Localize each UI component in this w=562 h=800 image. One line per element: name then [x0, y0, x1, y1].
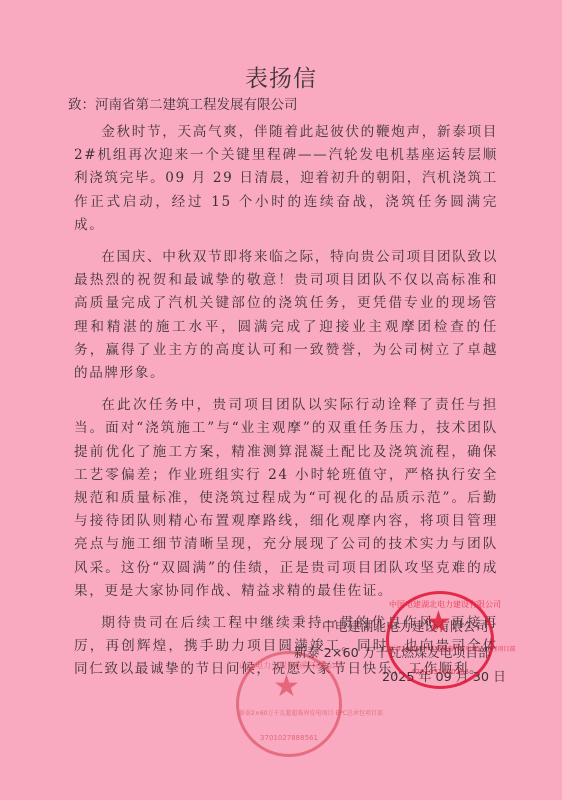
- paragraph-2: 在国庆、中秋双节即将来临之际，特向贵公司项目团队致以最热烈的祝贺和最诚挚的敬意！…: [74, 246, 498, 385]
- letter-title: 表扬信: [0, 60, 562, 93]
- company-seal-left: 山东电力工程咨询院有限公司 ★ 新泰2×60万千瓦超超临界发电项目 EPC总承包…: [236, 651, 342, 757]
- letter-page: 表扬信 致：河南省第二建筑工程发展有限公司 金秋时节，天高气爽，伴随着此起彼伏的…: [0, 0, 562, 800]
- seal-right-inner: 新泰2×60万千瓦超超临界发电项目 工程项目部: [389, 644, 491, 653]
- paragraph-3: 在此次任务中，贵司项目团队以实际行动诠释了责任与担当。面对“浇筑施工”与“业主观…: [74, 394, 498, 603]
- star-icon: ★: [273, 672, 300, 702]
- addressee-line: 致：河南省第二建筑工程发展有限公司: [68, 93, 298, 113]
- seal-left-code: 3701027888561: [239, 734, 339, 742]
- seal-left-inner: 新泰2×60万千瓦超超临界发电项目 EPC总承包项目部: [239, 708, 339, 717]
- company-seal-right: 中国电建湖北电力建设有限公司 ★ 新泰2×60万千瓦超超临界发电项目 工程项目部…: [386, 591, 494, 689]
- seal-right-code: 4201031020283: [389, 668, 491, 676]
- star-icon: ★: [425, 608, 452, 638]
- paragraph-1: 金秋时节，天高气爽，伴随着此起彼伏的鞭炮声，新泰项目 2#机组再次迎来一个关键里…: [74, 121, 498, 237]
